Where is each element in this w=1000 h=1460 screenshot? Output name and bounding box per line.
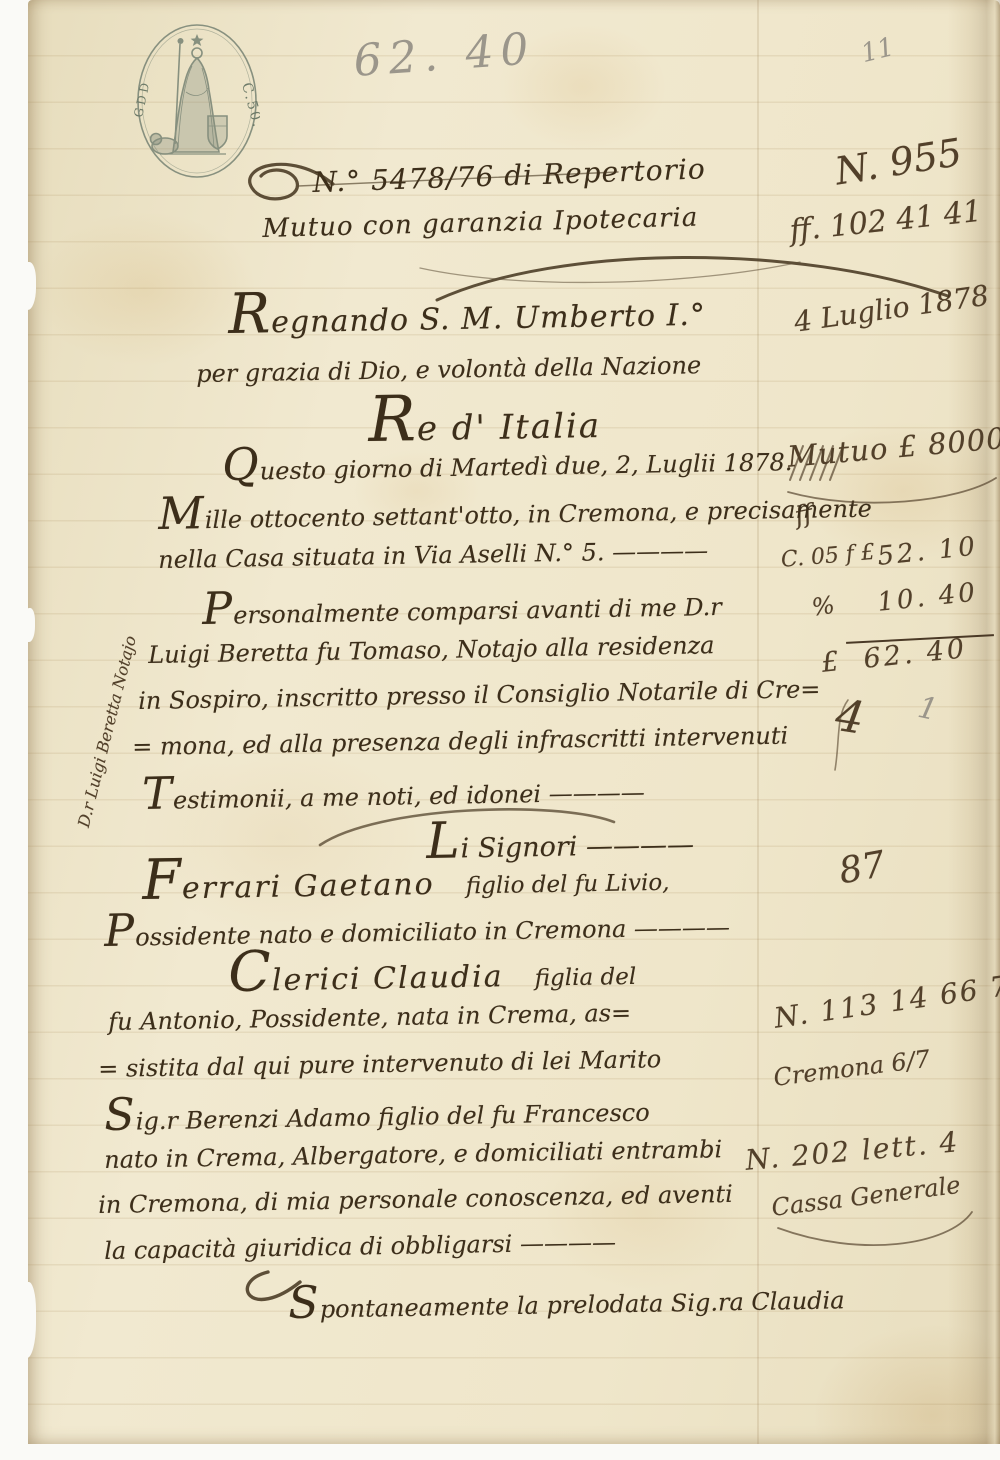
party2-descriptor: figlia del bbox=[534, 964, 636, 992]
line-regnando: Regnando S. M. Umberto I.° bbox=[228, 288, 706, 341]
stamp-denomination: C.50. bbox=[238, 81, 260, 130]
revenue-stamp-graphic: C.50. GDD bbox=[134, 22, 260, 180]
margin-flourish-mark2: 87 bbox=[836, 844, 888, 892]
margin-total-label: £ bbox=[820, 646, 840, 679]
paper-tear bbox=[16, 1282, 36, 1358]
scanned-notarial-deed-page: C.50. GDD 62. 40 11 N.° 5478/76 di Reper… bbox=[0, 0, 1000, 1460]
party2-name: Clerici Claudia bbox=[228, 949, 504, 999]
stamp-monogram: GDD bbox=[134, 79, 153, 119]
margin-fee2-label: % bbox=[810, 591, 836, 622]
line-party2: Clerici Claudia figlia del bbox=[228, 947, 636, 999]
line-re-ditalia: Re d' Italia bbox=[368, 394, 601, 450]
party1-name: Ferrari Gaetano bbox=[142, 857, 435, 907]
party1-descriptor: figlio del fu Livio, bbox=[466, 870, 670, 900]
paper-tear bbox=[22, 608, 35, 642]
paper-tear bbox=[18, 262, 36, 310]
revenue-stamp: C.50. GDD bbox=[134, 22, 260, 180]
line-party1: Ferrari Gaetano figlio del fu Livio, bbox=[142, 853, 670, 907]
